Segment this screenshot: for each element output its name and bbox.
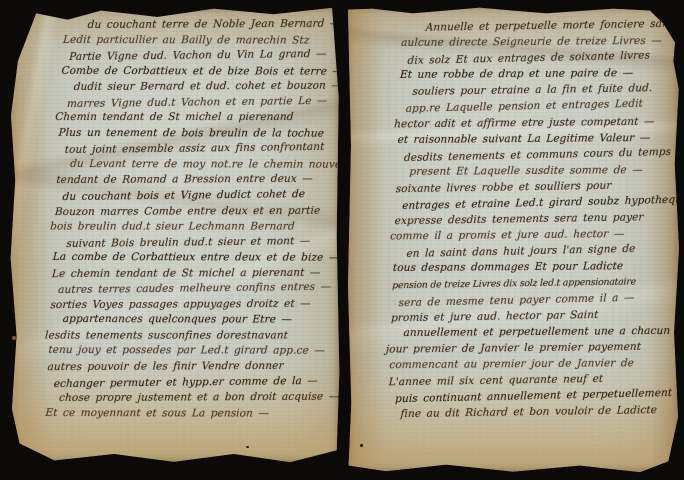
ink-speck <box>246 446 249 448</box>
handwritten-line: Bouzon marres Combe entre deux et en par… <box>54 203 352 220</box>
manuscript-scan: du couchant terre de Noble Jean Bernard … <box>0 0 684 480</box>
handwritten-line: Combe de Corbattieux et de bize Bois et … <box>61 63 359 79</box>
handwritten-line: Et ce moyennant et sous La pension — <box>45 406 343 422</box>
handwritten-line: bois breulin dud.t sieur Lechmann Bernar… <box>54 219 352 235</box>
rust-speck <box>12 336 16 340</box>
handwritten-text-right: Annuelle et perpetuelle morte fonciere s… <box>387 15 684 422</box>
handwritten-line: du couchant terre de Noble Jean Bernard … <box>63 16 361 33</box>
handwritten-line: tous despans dommages Et pour Ladicte <box>393 258 684 276</box>
handwritten-line: Partie Vigne dud. Vachon du Vin La grand… <box>62 47 360 66</box>
handwritten-line: tenu jouy et possedes par Led.t girard a… <box>48 343 346 359</box>
handwritten-line: echanger permuter et hypp.er comme de la… <box>46 373 344 392</box>
handwritten-line: commencant au premier jour de Janvier de <box>389 355 684 373</box>
handwritten-text-left: du couchant terre de Noble Jean Bernard … <box>45 16 362 422</box>
handwritten-line: du Levant terre de moy not.re le chemin … <box>57 157 355 173</box>
handwritten-line: chose propre justement et a bon droit ac… <box>46 390 344 407</box>
handwritten-line: appartenances quelconques pour Etre — <box>49 312 347 328</box>
binding-stitches <box>342 62 348 414</box>
handwritten-line: present Et Laquelle susdite somme de — <box>396 161 684 179</box>
handwritten-line: sorties Voyes passages appuyages droitz … <box>50 296 348 313</box>
manuscript-page-left: du couchant terre de Noble Jean Bernard … <box>8 6 340 464</box>
ink-speck <box>360 444 363 447</box>
handwritten-line: Chemin tendant de St michel a pierenand <box>59 111 357 127</box>
manuscript-page-right: Annuelle et perpetuelle morte fonciere s… <box>346 5 680 473</box>
handwritten-line: La combe de Corbattieux entre deux et de… <box>52 250 350 266</box>
handwritten-line: Et une robbe de drap et une paire de — <box>400 65 684 83</box>
handwritten-line: lesdits tenements susconfines dorestnava… <box>49 328 347 344</box>
